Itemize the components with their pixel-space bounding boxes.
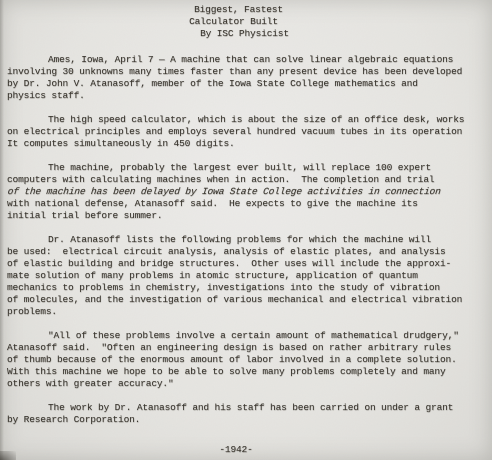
text-line: of the machine has been delayed by Iowa … — [7, 186, 487, 198]
text-line: of molecules, and the investigation of v… — [7, 294, 486, 306]
text-line: Ames, Iowa, April 7 — A machine that can… — [7, 54, 486, 66]
text-line: with national defense, Atanasoff said. H… — [7, 198, 486, 210]
text-line: of elastic building and bridge structure… — [7, 258, 486, 270]
text-line: physics staff. — [7, 90, 486, 102]
text-line: others with greater accuracy." — [7, 378, 486, 390]
document-content: Biggest, Fastest Calculator Built By ISC… — [0, 0, 492, 426]
text-line: problems. — [7, 306, 486, 318]
scanned-document-page: Biggest, Fastest Calculator Built By ISC… — [0, 0, 492, 460]
text-line: The machine, probably the largest ever b… — [7, 162, 486, 174]
text-line: Dr. Atanasoff lists the following proble… — [7, 234, 486, 246]
document-title: Biggest, Fastest Calculator Built By ISC… — [194, 4, 283, 40]
title-line: Biggest, Fastest — [194, 4, 283, 16]
text-line: "All of these problems involve a certain… — [7, 330, 486, 342]
paragraph: The high speed calculator, which is abou… — [7, 114, 486, 150]
text-line: by Research Corporation. — [7, 414, 486, 426]
paragraph: Dr. Atanasoff lists the following proble… — [7, 234, 486, 318]
page-number: -1942- — [0, 444, 472, 456]
text-line: mate solution of many problems in atomic… — [7, 270, 486, 282]
paragraph: "All of these problems involve a certain… — [7, 330, 486, 390]
text-line: It computes simultaneously in 450 digits… — [7, 138, 486, 150]
paragraph: The work by Dr. Atanasoff and his staff … — [7, 402, 486, 426]
text-line: by Dr. John V. Atanasoff, member of the … — [7, 78, 486, 90]
text-line: The work by Dr. Atanasoff and his staff … — [7, 402, 486, 414]
text-line: be used: electrical circuit analysis, an… — [7, 246, 486, 258]
text-line: With this machine we hope to be able to … — [7, 366, 486, 378]
title-line: By ISC Physicist — [200, 28, 289, 40]
text-line: mechanics to problems in chemistry, inve… — [7, 282, 486, 294]
text-line: The high speed calculator, which is abou… — [7, 114, 486, 126]
text-line: of thumb because of the enormous amount … — [7, 354, 486, 366]
title-line: Calculator Built — [189, 16, 278, 28]
text-line: Atanasoff said. "Often an engineering de… — [7, 342, 486, 354]
text-line: initial trial before summer. — [7, 210, 486, 222]
paragraph: The machine, probably the largest ever b… — [7, 162, 486, 222]
paragraph: Ames, Iowa, April 7 — A machine that can… — [7, 54, 486, 102]
text-line: computers with calculating machines when… — [7, 174, 486, 186]
text-line: involving 30 unknowns many times faster … — [7, 66, 486, 78]
text-line: on electrical principles and employs sev… — [7, 126, 486, 138]
document-body: Ames, Iowa, April 7 — A machine that can… — [7, 54, 486, 426]
